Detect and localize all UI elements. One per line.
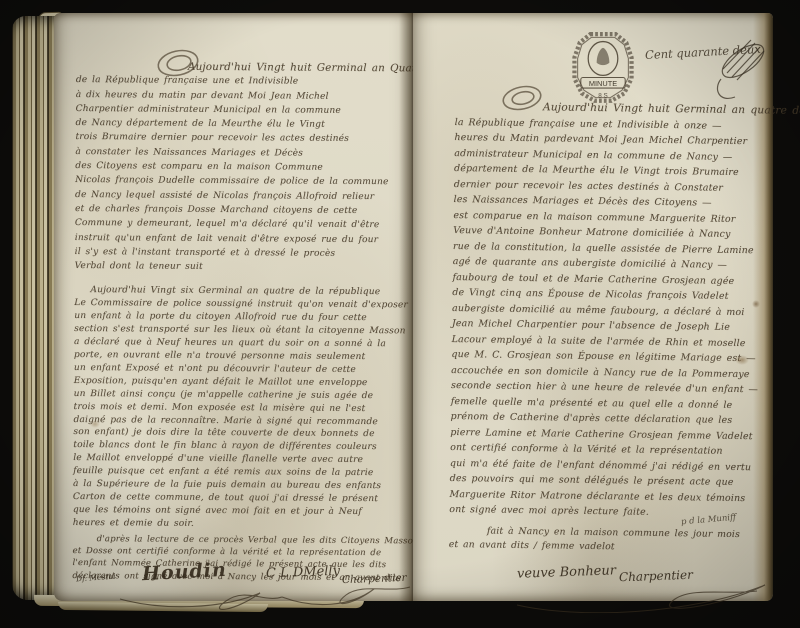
signature-charpentier-left: Charpentier [342, 572, 407, 586]
right-paragraph-1: Aujourd'hui Vingt huit Germinal an quatr… [449, 99, 769, 522]
left-page-text: Aujourd'hui Vingt huit Germinal an Quatr… [72, 59, 412, 584]
stamp-denomination: 8 S [598, 93, 608, 100]
signature-flourish-icon [509, 579, 779, 613]
signature-charpentier-right: Charpentier [619, 568, 693, 585]
signature-dmelly: C L DMelly [266, 564, 340, 582]
right-page: MINUTE 8 S Cent quarante deux Aujourd'hu… [413, 13, 773, 601]
under-page-edge [58, 602, 268, 612]
manuscript-photo: Aujourd'hui Vingt huit Germinal an Quatr… [0, 0, 800, 628]
page-edge-stack [12, 16, 58, 600]
left-paragraph-1: Aujourd'hui Vingt huit Germinal an Quatr… [75, 59, 412, 276]
manuscript-line: heures et demie du soir. [73, 517, 409, 532]
manuscript-line: Verbal dont la teneur suit [75, 259, 411, 276]
stamp-label: MINUTE [589, 79, 617, 88]
right-closing-paragraph: fait à Nancy en la maison commune les jo… [449, 523, 763, 556]
folio-number: Cent quarante deux [645, 42, 761, 62]
minute-stamp-icon: MINUTE 8 S [571, 31, 635, 105]
signature-houdin: Houdin [141, 559, 227, 585]
left-page: Aujourd'hui Vingt huit Germinal an Quatr… [54, 13, 413, 601]
right-page-text: Aujourd'hui Vingt huit Germinal an quatr… [449, 99, 769, 557]
left-paragraph-2: Aujourd'hui Vingt six Germinal an quatre… [73, 284, 411, 532]
signature-bonheur: veuve Bonheur [517, 563, 616, 581]
